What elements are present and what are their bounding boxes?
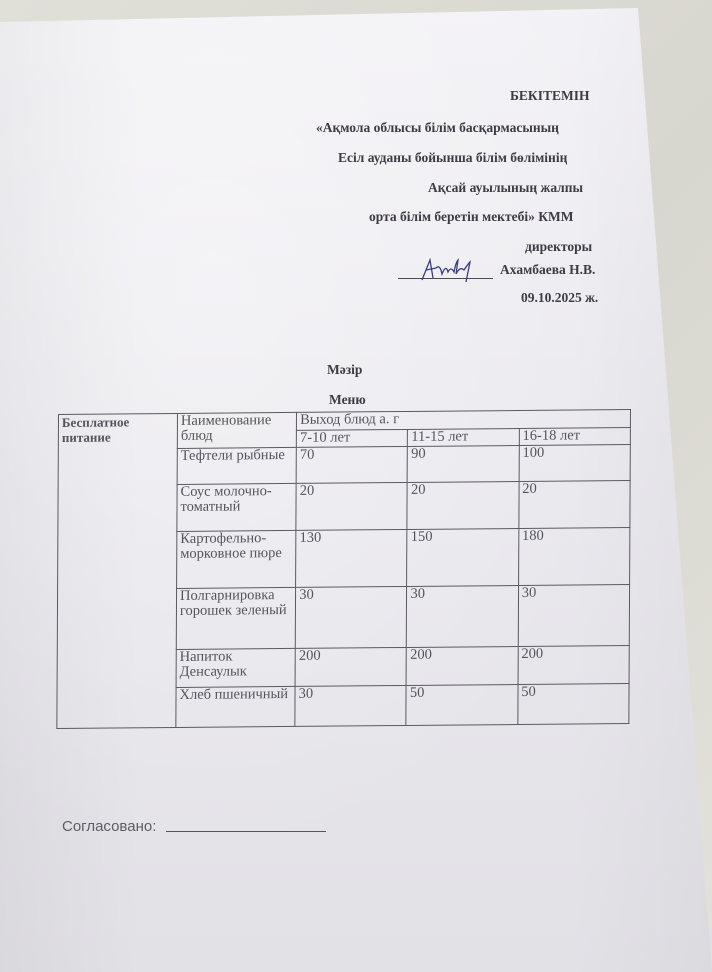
- agreed-signature-line: [166, 831, 326, 832]
- age-group-header: 16-18 лет: [519, 428, 630, 446]
- approval-date: 09.10.2025 ж.: [521, 290, 598, 306]
- portion-value: 130: [296, 529, 408, 587]
- portion-value: 20: [407, 481, 519, 529]
- portion-value: 200: [295, 647, 406, 686]
- dish-name: Картофельно-морковное пюре: [177, 530, 296, 588]
- portion-value: 70: [296, 446, 407, 483]
- portion-value: 180: [518, 528, 630, 586]
- portion-value: 50: [518, 684, 630, 725]
- portion-value: 30: [295, 685, 406, 726]
- dish-name: Хлеб пшеничный: [176, 686, 295, 727]
- portion-value: 30: [518, 585, 630, 647]
- agreed-label: Согласовано:: [62, 818, 156, 835]
- dish-name: Полгарнировка горошек зеленый: [176, 587, 296, 649]
- approval-line-2: Есіл ауданы бойынша білім бөлімінің: [338, 150, 567, 166]
- dish-header: Наименование блюд: [177, 412, 296, 448]
- portion-value: 200: [518, 646, 629, 685]
- approval-line-1: «Ақмола облысы білім басқармасының: [316, 120, 559, 136]
- portion-value: 90: [408, 445, 519, 482]
- portion-value: 30: [407, 585, 519, 647]
- portion-value: 200: [406, 646, 517, 685]
- approval-line-4: орта білім беретін мектебі» КММ: [369, 209, 573, 225]
- title-russian: Меню: [329, 392, 366, 408]
- approval-line-5: директоры: [525, 239, 592, 255]
- approval-heading: БЕКІТЕМІН: [510, 88, 589, 104]
- portion-value: 20: [519, 481, 631, 529]
- category-cell: Бесплатное питание: [57, 413, 178, 728]
- dish-name: Напиток Денсаулык: [176, 648, 295, 687]
- age-group-header: 11-15 лет: [408, 428, 519, 446]
- signatory-name: Ахамбаева Н.В.: [500, 262, 595, 278]
- age-group-header: 7-10 лет: [296, 429, 407, 447]
- portion-value: 100: [519, 445, 630, 482]
- approval-line-3: Ақсай ауылының жалпы: [428, 180, 583, 196]
- portion-value: 30: [295, 586, 407, 648]
- signature-icon: [420, 256, 480, 282]
- dish-name: Тефтели рыбные: [177, 447, 296, 484]
- dish-name: Соус молочно-томатный: [177, 483, 296, 531]
- title-kazakh: Мәзір: [327, 362, 362, 378]
- menu-table: Бесплатное питание Наименование блюд Вых…: [56, 409, 631, 729]
- portion-value: 50: [406, 684, 517, 725]
- portion-value: 150: [407, 528, 519, 586]
- portion-value: 20: [296, 482, 408, 530]
